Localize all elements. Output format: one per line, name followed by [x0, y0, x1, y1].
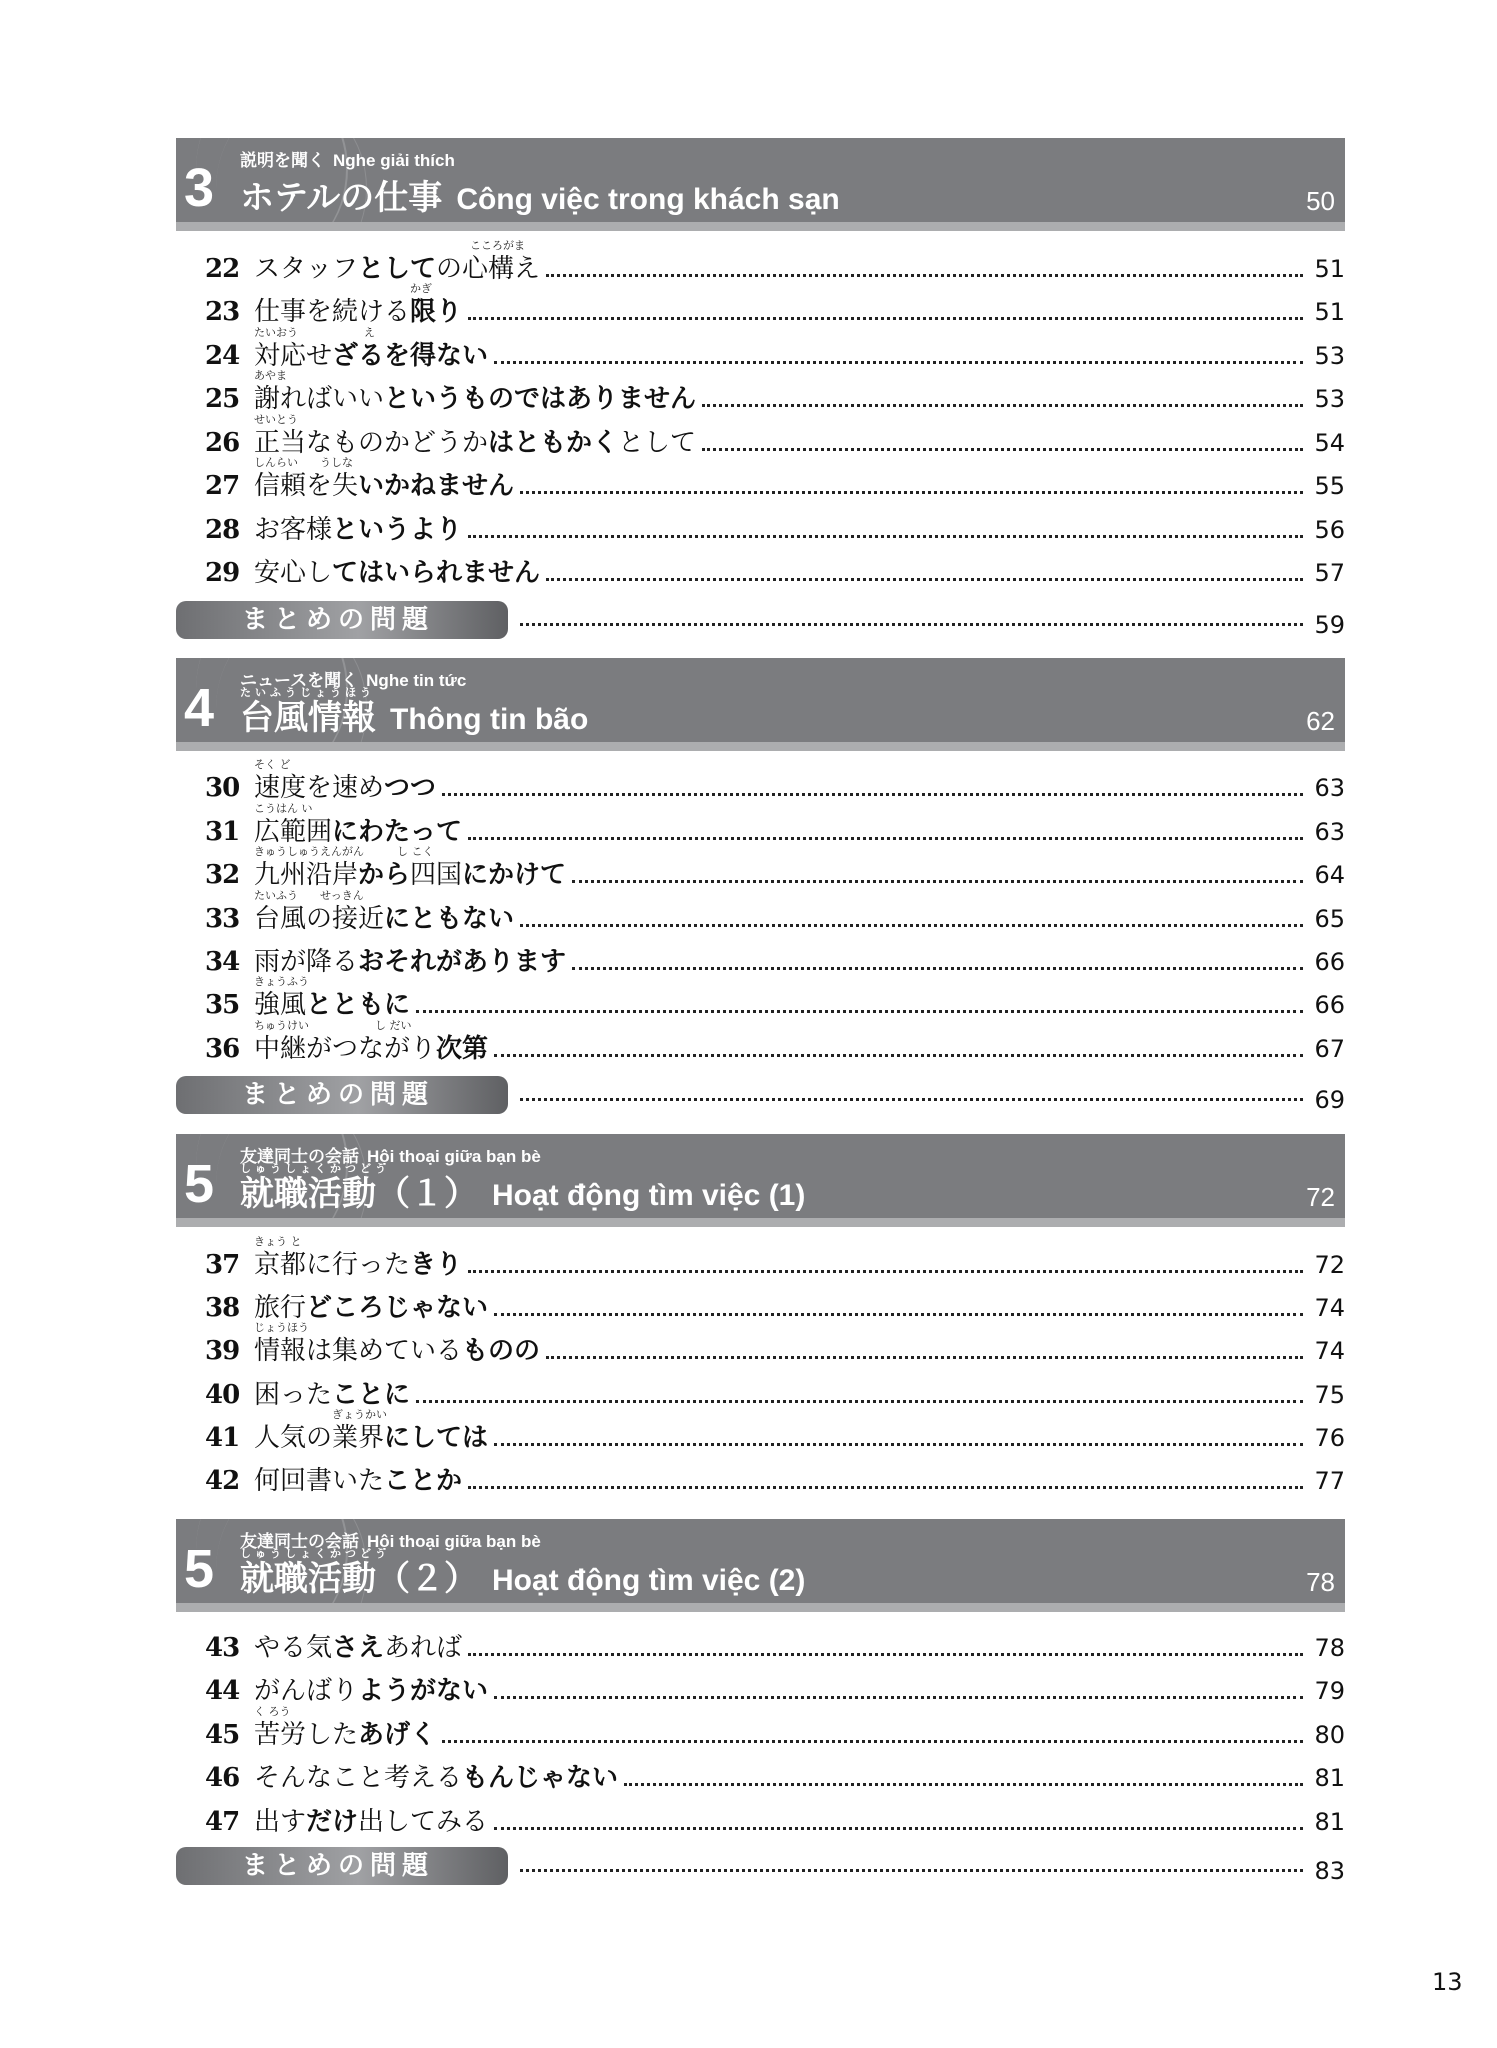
- toc-entry[interactable]: 41 ぎょうかい人気の業界にしては 76: [205, 1415, 1345, 1455]
- entry-page: 81: [1307, 1805, 1345, 1839]
- title-jp: 就職活動（２）: [240, 1559, 478, 1599]
- section-page: 78: [1306, 1567, 1335, 1598]
- entry-title: せいとう正当なものかどうかはともかくとして: [250, 426, 696, 460]
- entry-page: 56: [1307, 513, 1345, 547]
- toc-entry[interactable]: 34 雨が降るおそれがあります 66: [205, 939, 1345, 979]
- dot-leader: [468, 1486, 1303, 1489]
- dot-leader: [468, 1270, 1303, 1273]
- title-vi: Hoạt động tìm việc (2): [492, 1564, 805, 1597]
- dot-leader: [572, 880, 1303, 883]
- entry-title: がんばりようがない: [250, 1674, 488, 1708]
- entry-title: ぎょうかい人気の業界にしては: [250, 1421, 488, 1455]
- furigana: しんらい うしな: [254, 457, 353, 469]
- section-number: 4: [184, 678, 214, 738]
- entry-page: 77: [1307, 1464, 1345, 1498]
- dot-leader: [702, 448, 1303, 451]
- toc-entry[interactable]: 27 しんらい うしな信頼を失いかねません 55: [205, 463, 1345, 503]
- entry-title: 旅行どころじゃない: [250, 1291, 488, 1325]
- dot-leader: [546, 1356, 1303, 1359]
- entry-number: 45: [205, 1718, 250, 1752]
- section-band: 5 友達同士の会話Hội thoại giữa bạn bè しゅうしょくかつど…: [176, 1519, 1345, 1603]
- furigana: たいふう せっきん: [254, 890, 364, 902]
- toc-entry[interactable]: 44 がんばりようがない 79: [205, 1668, 1345, 1708]
- dot-leader: [520, 1869, 1303, 1872]
- entry-page: 64: [1307, 858, 1345, 892]
- entry-page: 65: [1307, 902, 1345, 936]
- furigana: ちゅうけい し だい: [254, 1020, 412, 1032]
- entry-title: かぎ仕事を続ける限り: [250, 295, 462, 329]
- entry-number: 31: [205, 815, 250, 849]
- section-subtitle: 説明を聞くNghe giải thích: [240, 146, 455, 171]
- entry-number: 42: [205, 1464, 250, 1498]
- toc-entry[interactable]: 26 せいとう正当なものかどうかはともかくとして 54: [205, 420, 1345, 460]
- section-title: 台風情報Thông tin bão: [240, 696, 588, 742]
- furigana: かぎ: [410, 283, 432, 295]
- dot-leader: [494, 1696, 1303, 1699]
- entry-page: 53: [1307, 382, 1345, 416]
- entry-title: たいおう え対応せざるを得ない: [250, 339, 488, 373]
- subtitle-vi: Nghe tin tức: [366, 671, 466, 690]
- toc-entry[interactable]: 31 こうはん い広範囲にわたって 63: [205, 809, 1345, 849]
- dot-leader: [442, 793, 1303, 796]
- entry-number: 47: [205, 1805, 250, 1839]
- dot-leader: [416, 1010, 1303, 1013]
- entry-title: きゅうしゅうえんがん し こく九州沿岸から四国にかけて: [250, 858, 566, 892]
- entry-page: 75: [1307, 1378, 1345, 1412]
- entry-title: やる気さえあれば: [250, 1631, 462, 1665]
- dot-leader: [468, 317, 1303, 320]
- toc-entry[interactable]: 39 じょうほう情報は集めているものの 74: [205, 1328, 1345, 1368]
- entry-title: そく ど速度を速めつつ: [250, 771, 436, 805]
- section-band: 3 説明を聞くNghe giải thích ホテルの仕事Công việc t…: [176, 138, 1345, 222]
- section-title: ホテルの仕事Công việc trong khách sạn: [240, 176, 840, 222]
- title-vi: Công việc trong khách sạn: [456, 183, 839, 216]
- furigana: たいおう え: [254, 327, 375, 339]
- entry-number: 43: [205, 1631, 250, 1665]
- entry-number: 41: [205, 1421, 250, 1455]
- summary-badge: まとめの問題: [176, 1847, 508, 1885]
- dot-leader: [520, 623, 1303, 626]
- entry-page: 76: [1307, 1421, 1345, 1455]
- furigana: きょうふう: [254, 976, 309, 988]
- section-number: 5: [184, 1154, 214, 1214]
- entry-number: 34: [205, 945, 250, 979]
- entry-number: 32: [205, 858, 250, 892]
- toc-entry[interactable]: 24 たいおう え対応せざるを得ない 53: [205, 333, 1345, 373]
- subtitle-vi: Nghe giải thích: [333, 151, 455, 170]
- toc-entry[interactable]: 40 困ったことに 75: [205, 1372, 1345, 1412]
- section-title: 就職活動（１）Hoạt động tìm việc (1): [240, 1172, 805, 1218]
- title-jp: 台風情報: [240, 698, 376, 738]
- summary-page: 69: [1307, 1083, 1345, 1117]
- entry-title: く ろう苦労したあげく: [250, 1718, 436, 1752]
- entry-number: 27: [205, 469, 250, 503]
- furigana: こころがま: [470, 240, 525, 252]
- toc-entry[interactable]: 32 きゅうしゅうえんがん し こく九州沿岸から四国にかけて 64: [205, 852, 1345, 892]
- entry-number: 25: [205, 382, 250, 416]
- entry-title: きょうふう強風とともに: [250, 988, 410, 1022]
- toc-entry[interactable]: 30 そく ど速度を速めつつ 63: [205, 765, 1345, 805]
- toc-entry[interactable]: 35 きょうふう強風とともに 66: [205, 982, 1345, 1022]
- entry-title: 安心してはいられません: [250, 556, 540, 590]
- entry-page: 57: [1307, 556, 1345, 590]
- entry-page: 78: [1307, 1631, 1345, 1665]
- entry-page: 81: [1307, 1761, 1345, 1795]
- toc-entry[interactable]: 46 そんなこと考えるもんじゃない 81: [205, 1755, 1345, 1795]
- dot-leader: [468, 837, 1303, 840]
- dot-leader: [520, 491, 1303, 494]
- title-vi: Hoạt động tìm việc (1): [492, 1179, 805, 1212]
- band-stripe: [176, 222, 1345, 231]
- furigana: こうはん い: [254, 803, 313, 815]
- furigana: あやま: [254, 370, 287, 382]
- summary-badge: まとめの問題: [176, 1076, 508, 1114]
- entry-page: 66: [1307, 988, 1345, 1022]
- title-jp: ホテルの仕事: [240, 178, 442, 218]
- entry-number: 28: [205, 513, 250, 547]
- summary-page: 83: [1307, 1854, 1345, 1888]
- subtitle-jp: 説明を聞く: [240, 151, 325, 170]
- entry-page: 51: [1307, 295, 1345, 329]
- toc-entry[interactable]: 47 出すだけ出してみる 81: [205, 1799, 1345, 1839]
- entry-page: 74: [1307, 1291, 1345, 1325]
- section-page: 72: [1306, 1182, 1335, 1213]
- band-stripe: [176, 742, 1345, 751]
- dot-leader: [546, 274, 1303, 277]
- title-vi: Thông tin bão: [390, 703, 588, 736]
- summary-entry[interactable]: まとめの問題 83: [176, 1846, 1345, 1886]
- toc-entry[interactable]: 22 こころがまスタッフとしての心構え 51: [205, 246, 1345, 286]
- section-band: 4 ニュースを聞くNghe tin tức たいふうじょうほう 台風情報Thôn…: [176, 658, 1345, 742]
- summary-entry[interactable]: まとめの問題 69: [176, 1075, 1345, 1115]
- subtitle-vi: Hội thoại giữa bạn bè: [367, 1532, 541, 1551]
- entry-title: こころがまスタッフとしての心構え: [250, 252, 540, 286]
- dot-leader: [494, 1443, 1303, 1446]
- dot-leader: [702, 404, 1303, 407]
- entry-number: 29: [205, 556, 250, 590]
- furigana: ぎょうかい: [332, 1409, 387, 1421]
- entry-page: 67: [1307, 1032, 1345, 1066]
- section-page: 50: [1306, 186, 1335, 217]
- entry-title: きょう と京都に行ったきり: [250, 1248, 462, 1282]
- entry-number: 35: [205, 988, 250, 1022]
- entry-number: 36: [205, 1032, 250, 1066]
- dot-leader: [494, 1827, 1303, 1830]
- entry-title: しんらい うしな信頼を失いかねません: [250, 469, 514, 503]
- section-header-4: 4 ニュースを聞くNghe tin tức たいふうじょうほう 台風情報Thôn…: [176, 658, 1345, 751]
- section-page: 62: [1306, 706, 1335, 737]
- entry-number: 24: [205, 339, 250, 373]
- section-number: 5: [184, 1539, 214, 1599]
- entry-page: 51: [1307, 252, 1345, 286]
- band-stripe: [176, 1218, 1345, 1227]
- entry-number: 46: [205, 1761, 250, 1795]
- toc-entry[interactable]: 36 ちゅうけい し だい中継がつながり次第 67: [205, 1026, 1345, 1066]
- section-header-5-2: 5 友達同士の会話Hội thoại giữa bạn bè しゅうしょくかつど…: [176, 1519, 1345, 1612]
- entry-number: 39: [205, 1334, 250, 1368]
- dot-leader: [468, 535, 1303, 538]
- toc-entry[interactable]: 37 きょう と京都に行ったきり 72: [205, 1242, 1345, 1282]
- entry-title: 雨が降るおそれがあります: [250, 945, 566, 979]
- dot-leader: [416, 1400, 1303, 1403]
- toc-entry[interactable]: 38 旅行どころじゃない 74: [205, 1285, 1345, 1325]
- entry-number: 37: [205, 1248, 250, 1282]
- summary-page: 59: [1307, 608, 1345, 642]
- entry-number: 23: [205, 295, 250, 329]
- entry-page: 63: [1307, 815, 1345, 849]
- toc-entry[interactable]: 23 かぎ仕事を続ける限り 51: [205, 289, 1345, 329]
- entry-title: じょうほう情報は集めているものの: [250, 1334, 540, 1368]
- dot-leader: [494, 1313, 1303, 1316]
- entry-number: 38: [205, 1291, 250, 1325]
- dot-leader: [494, 1054, 1303, 1057]
- entry-title: 困ったことに: [250, 1378, 410, 1412]
- toc-entry[interactable]: 28 お客様というより 56: [205, 507, 1345, 547]
- entry-page: 74: [1307, 1334, 1345, 1368]
- entry-page: 63: [1307, 771, 1345, 805]
- toc-entry[interactable]: 43 やる気さえあれば 78: [205, 1625, 1345, 1665]
- furigana: く ろう: [254, 1706, 291, 1718]
- band-stripe: [176, 1603, 1345, 1612]
- toc-entry[interactable]: 45 く ろう苦労したあげく 80: [205, 1712, 1345, 1752]
- summary-badge: まとめの問題: [176, 601, 508, 639]
- entry-page: 79: [1307, 1674, 1345, 1708]
- title-jp: 就職活動（１）: [240, 1174, 478, 1214]
- toc-entry[interactable]: 33 たいふう せっきん台風の接近にともない 65: [205, 896, 1345, 936]
- entry-number: 44: [205, 1674, 250, 1708]
- section-header-3: 3 説明を聞くNghe giải thích ホテルの仕事Công việc t…: [176, 138, 1345, 231]
- entry-title: あやま謝ればいいというものではありません: [250, 382, 696, 416]
- toc-entry[interactable]: 29 安心してはいられません 57: [205, 550, 1345, 590]
- entry-title: こうはん い広範囲にわたって: [250, 815, 462, 849]
- entry-number: 40: [205, 1378, 250, 1412]
- entry-page: 72: [1307, 1248, 1345, 1282]
- entry-number: 26: [205, 426, 250, 460]
- toc-entry[interactable]: 25 あやま謝ればいいというものではありません 53: [205, 376, 1345, 416]
- section-header-5-1: 5 友達同士の会話Hội thoại giữa bạn bè しゅうしょくかつど…: [176, 1134, 1345, 1227]
- dot-leader: [546, 578, 1303, 581]
- dot-leader: [520, 924, 1303, 927]
- furigana: きゅうしゅうえんがん し こく: [254, 846, 434, 858]
- entry-page: 53: [1307, 339, 1345, 373]
- section-band: 5 友達同士の会話Hội thoại giữa bạn bè しゅうしょくかつど…: [176, 1134, 1345, 1218]
- entry-title: たいふう せっきん台風の接近にともない: [250, 902, 514, 936]
- entry-title: そんなこと考えるもんじゃない: [250, 1761, 618, 1795]
- page-number: 13: [1432, 1968, 1463, 1996]
- entry-title: お客様というより: [250, 513, 462, 547]
- section-number: 3: [184, 158, 214, 218]
- dot-leader: [442, 1740, 1303, 1743]
- summary-entry[interactable]: まとめの問題 59: [176, 600, 1345, 640]
- furigana: きょう と: [254, 1236, 302, 1248]
- toc-entry[interactable]: 42 何回書いたことか 77: [205, 1458, 1345, 1498]
- entry-number: 22: [205, 252, 250, 286]
- section-title: 就職活動（２）Hoạt động tìm việc (2): [240, 1557, 805, 1603]
- subtitle-vi: Hội thoại giữa bạn bè: [367, 1147, 541, 1166]
- entry-page: 55: [1307, 469, 1345, 503]
- dot-leader: [494, 361, 1303, 364]
- dot-leader: [624, 1783, 1303, 1786]
- entry-number: 33: [205, 902, 250, 936]
- entry-title: 出すだけ出してみる: [250, 1805, 488, 1839]
- furigana: せいとう: [254, 414, 298, 426]
- entry-page: 66: [1307, 945, 1345, 979]
- entry-number: 30: [205, 771, 250, 805]
- dot-leader: [468, 1653, 1303, 1656]
- entry-title: ちゅうけい し だい中継がつながり次第: [250, 1032, 488, 1066]
- furigana: じょうほう: [254, 1322, 309, 1334]
- entry-title: 何回書いたことか: [250, 1464, 462, 1498]
- entry-page: 54: [1307, 426, 1345, 460]
- furigana: そく ど: [254, 759, 291, 771]
- dot-leader: [520, 1098, 1303, 1101]
- entry-page: 80: [1307, 1718, 1345, 1752]
- dot-leader: [572, 967, 1303, 970]
